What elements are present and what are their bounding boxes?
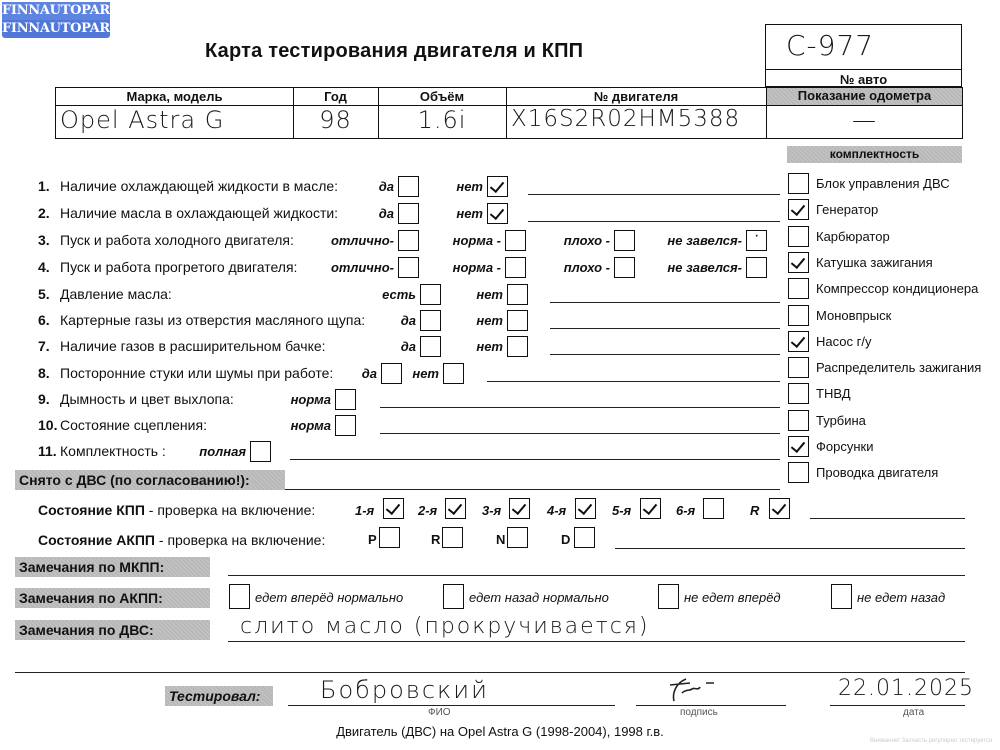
gear-label: 4-я (547, 503, 566, 518)
gear-label: P (368, 532, 377, 547)
value-engine-number: X16S2R02HM5388 (511, 106, 740, 132)
question-4: 4.Пуск и работа прогретого двигателя: (38, 259, 297, 275)
option-checkbox[interactable] (381, 363, 402, 384)
auto-number-label: № авто (766, 69, 961, 87)
name-caption: ФИО (428, 707, 451, 718)
completeness-label: Распределитель зажигания (816, 360, 981, 375)
question-text: Картерные газы из отверстия масляного щу… (60, 312, 365, 328)
completeness-checkbox[interactable] (788, 173, 809, 194)
completeness-label: Проводка двигателя (816, 465, 938, 480)
akpp-backward-ok-label: едет назад нормально (469, 590, 609, 605)
completeness-checkbox[interactable] (788, 357, 809, 378)
completeness-checkbox[interactable] (788, 305, 809, 326)
question-9: 9.Дымность и цвет выхлопа: (38, 391, 234, 407)
akpp-backward-ok-checkbox[interactable] (443, 584, 464, 609)
question-text: Наличие газов в расширительном бачке: (60, 338, 326, 354)
question-8: 8.Посторонние стуки или шумы при работе: (38, 365, 333, 381)
option-label: отлично- (331, 260, 394, 275)
option-checkbox[interactable] (398, 230, 419, 251)
option-checkbox[interactable] (507, 284, 528, 305)
completeness-checkbox[interactable] (788, 436, 809, 457)
option-label: нет (476, 287, 503, 302)
auto-gearbox-label: Состояние АКПП - проверка на включение: (38, 532, 325, 548)
answer-line[interactable] (290, 459, 780, 460)
question-text: Наличие охлаждающей жидкости в масле: (60, 178, 338, 194)
gear-checkbox[interactable] (509, 498, 530, 519)
answer-line[interactable] (487, 381, 780, 382)
option-checkbox[interactable] (420, 336, 441, 357)
gear-label: 6-я (676, 503, 695, 518)
value-odometer: — (767, 106, 962, 134)
name-line (288, 705, 615, 706)
col-header-make-model: Марка, модель (56, 89, 293, 104)
option-checkbox[interactable] (398, 203, 419, 224)
auto-number-value: C-977 (786, 29, 874, 62)
option-label: не завелся- (667, 260, 742, 275)
gear-checkbox[interactable] (703, 498, 724, 519)
question-number: 1. (38, 178, 60, 194)
notes-engine-line[interactable] (228, 641, 965, 642)
gear-checkbox[interactable] (769, 498, 790, 519)
question-number: 8. (38, 365, 60, 381)
option-checkbox[interactable] (335, 415, 356, 436)
completeness-checkbox[interactable] (788, 226, 809, 247)
option-checkbox[interactable] (443, 363, 464, 384)
option-checkbox[interactable] (398, 176, 419, 197)
answer-line[interactable] (380, 407, 780, 408)
gear-label: 3-я (482, 503, 501, 518)
header-table: Марка, модель Год Объём № двигателя Пока… (55, 87, 963, 139)
option-checkbox[interactable] (420, 310, 441, 331)
gear-label: 5-я (612, 503, 631, 518)
question-7: 7.Наличие газов в расширительном бачке: (38, 338, 326, 354)
completeness-label: Моновпрыск (816, 308, 891, 323)
footer-watermark: Внимание! Запчасть регулярно тестируется (870, 738, 992, 744)
question-text: Комплектность : (60, 443, 166, 459)
completeness-label: Компрессор кондиционера (816, 281, 978, 296)
auto-gearbox-line (615, 548, 965, 549)
option-checkbox[interactable] (507, 310, 528, 331)
option-label: норма - (453, 260, 501, 275)
removed-parts-label: Снято с ДВС (по согласованию!): (15, 470, 285, 490)
completeness-label: Блок управления ДВС (816, 176, 950, 191)
brand-badge-line: FINNAUTOPARTS (2, 2, 110, 20)
answer-line[interactable] (550, 354, 780, 355)
manual-gearbox-label: Состояние КПП - проверка на включение: (38, 502, 315, 518)
value-make-model: Opel Astra G (60, 106, 224, 134)
gear-label: R (431, 532, 440, 547)
answer-line[interactable] (528, 221, 780, 222)
answer-line[interactable] (380, 433, 780, 434)
akpp-no-forward-label: не едет вперёд (684, 590, 781, 605)
option-label: нет (456, 206, 483, 221)
completeness-checkbox[interactable] (788, 383, 809, 404)
completeness-label: Генератор (816, 202, 878, 217)
gear-checkbox[interactable] (383, 498, 404, 519)
option-checkbox[interactable] (420, 284, 441, 305)
option-label: нет (456, 179, 483, 194)
gear-label: 1-я (355, 503, 374, 518)
question-10: 10.Состояние сцепления: (38, 417, 207, 433)
manual-gearbox-line (810, 518, 965, 519)
completeness-label: Форсунки (816, 439, 873, 454)
option-label: да (362, 366, 377, 381)
option-label: не завелся- (667, 233, 742, 248)
option-label: норма - (453, 233, 501, 248)
gear-label: R (750, 503, 759, 518)
option-label: нет (476, 339, 503, 354)
auto-number-box: C-977 № авто (765, 24, 962, 87)
option-checkbox[interactable] (398, 257, 419, 278)
question-1: 1.Наличие охлаждающей жидкости в масле: (38, 178, 338, 194)
value-year: 98 (293, 106, 378, 134)
answer-line[interactable] (550, 328, 780, 329)
akpp-forward-ok-label: едет вперёд нормально (255, 590, 403, 605)
option-checkbox[interactable] (335, 389, 356, 410)
question-number: 10. (38, 417, 60, 433)
option-checkbox[interactable] (487, 203, 508, 224)
question-text: Состояние сцепления: (60, 417, 207, 433)
signature-line (636, 705, 786, 706)
question-text: Пуск и работа холодного двигателя: (60, 232, 294, 248)
completeness-checkbox[interactable] (788, 331, 809, 352)
question-6: 6.Картерные газы из отверстия масляного … (38, 312, 365, 328)
notes-mkpp-line[interactable] (228, 575, 965, 576)
brand-badge: FINNAUTOPARTS FINNAUTOPARTS (2, 2, 110, 38)
notes-engine-value: слито масло (прокручивается) (240, 614, 649, 639)
question-number: 3. (38, 232, 60, 248)
completeness-checkbox[interactable] (788, 278, 809, 299)
question-text: Посторонние стуки или шумы при работе: (60, 365, 333, 381)
question-2: 2.Наличие масла в охлаждающей жидкости: (38, 205, 338, 221)
col-header-year: Год (293, 89, 378, 104)
question-number: 6. (38, 312, 60, 328)
gear-checkbox[interactable] (507, 527, 528, 548)
gear-checkbox[interactable] (379, 527, 400, 548)
option-label: нет (412, 366, 439, 381)
notes-engine-label: Замечания по ДВС: (15, 620, 210, 640)
completeness-label: Карбюратор (816, 229, 890, 244)
signature-caption: подпись (680, 707, 718, 718)
tested-by-name: Бобровский (320, 676, 489, 704)
completeness-checkbox[interactable] (788, 252, 809, 273)
option-label: нет (476, 313, 503, 328)
option-checkbox[interactable] (250, 441, 271, 462)
option-label: отлично- (331, 233, 394, 248)
question-text: Давление масла: (60, 286, 172, 302)
gear-label: D (561, 532, 570, 547)
completeness-checkbox[interactable] (788, 410, 809, 431)
option-checkbox[interactable] (746, 230, 767, 251)
option-label: да (401, 313, 416, 328)
value-volume: 1.6i (378, 106, 506, 134)
gear-checkbox[interactable] (640, 498, 661, 519)
question-3: 3.Пуск и работа холодного двигателя: (38, 232, 294, 248)
question-number: 7. (38, 338, 60, 354)
date-line (830, 705, 965, 706)
gear-checkbox[interactable] (442, 527, 463, 548)
option-label: норма (291, 392, 331, 407)
gear-label: N (496, 532, 505, 547)
akpp-forward-ok-checkbox[interactable] (229, 584, 250, 609)
col-header-volume: Объём (378, 89, 506, 104)
option-checkbox[interactable] (487, 176, 508, 197)
option-label: да (401, 339, 416, 354)
signature-icon (660, 675, 730, 705)
brand-badge-line: FINNAUTOPARTS (2, 20, 110, 38)
question-text: Пуск и работа прогретого двигателя: (60, 259, 297, 275)
option-label: полная (199, 444, 246, 459)
option-checkbox[interactable] (614, 230, 635, 251)
notes-mkpp-label: Замечания по МКПП: (15, 557, 210, 577)
removed-parts-line (285, 489, 780, 490)
tested-by-label: Тестировал: (165, 686, 273, 706)
option-checkbox[interactable] (507, 336, 528, 357)
akpp-no-backward-label: не едет назад (857, 590, 945, 605)
completeness-label: Катушка зажигания (816, 255, 933, 270)
question-5: 5.Давление масла: (38, 286, 172, 302)
option-checkbox[interactable] (614, 257, 635, 278)
date-value: 22.01.2025 (838, 676, 974, 701)
completeness-checkbox[interactable] (788, 199, 809, 220)
notes-engine-line-2[interactable] (15, 672, 965, 673)
col-header-engine-number: № двигателя (506, 89, 766, 104)
completeness-header: комплектность (787, 146, 962, 163)
completeness-label: ТНВД (816, 386, 851, 401)
question-number: 4. (38, 259, 60, 275)
gear-label: 2-я (418, 503, 437, 518)
completeness-checkbox[interactable] (788, 462, 809, 483)
question-number: 11. (38, 443, 60, 459)
notes-akpp-label: Замечания по АКПП: (15, 588, 210, 608)
page-title: Карта тестирования двигателя и КПП (205, 40, 583, 63)
question-number: 2. (38, 205, 60, 221)
option-label: да (379, 179, 394, 194)
gear-checkbox[interactable] (575, 498, 596, 519)
option-label: есть (382, 287, 416, 302)
col-header-odometer: Показание одометра (767, 88, 962, 105)
date-caption: дата (903, 707, 924, 718)
question-number: 5. (38, 286, 60, 302)
option-label: норма (291, 418, 331, 433)
akpp-no-forward-checkbox[interactable] (658, 584, 679, 609)
completeness-label: Турбина (816, 413, 866, 428)
option-checkbox[interactable] (746, 257, 767, 278)
question-text: Наличие масла в охлаждающей жидкости: (60, 205, 338, 221)
gear-checkbox[interactable] (574, 527, 595, 548)
image-caption: Двигатель (ДВС) на Opel Astra G (1998-20… (0, 724, 1000, 739)
option-label: плохо - (564, 260, 610, 275)
option-label: да (379, 206, 394, 221)
option-label: плохо - (564, 233, 610, 248)
akpp-no-backward-checkbox[interactable] (831, 584, 852, 609)
gear-checkbox[interactable] (445, 498, 466, 519)
question-number: 9. (38, 391, 60, 407)
question-text: Дымность и цвет выхлопа: (60, 391, 234, 407)
completeness-label: Насос г/у (816, 334, 871, 349)
answer-line[interactable] (550, 302, 780, 303)
option-checkbox[interactable] (505, 257, 526, 278)
answer-line[interactable] (528, 194, 780, 195)
option-checkbox[interactable] (505, 230, 526, 251)
question-11: 11.Комплектность : (38, 443, 166, 459)
